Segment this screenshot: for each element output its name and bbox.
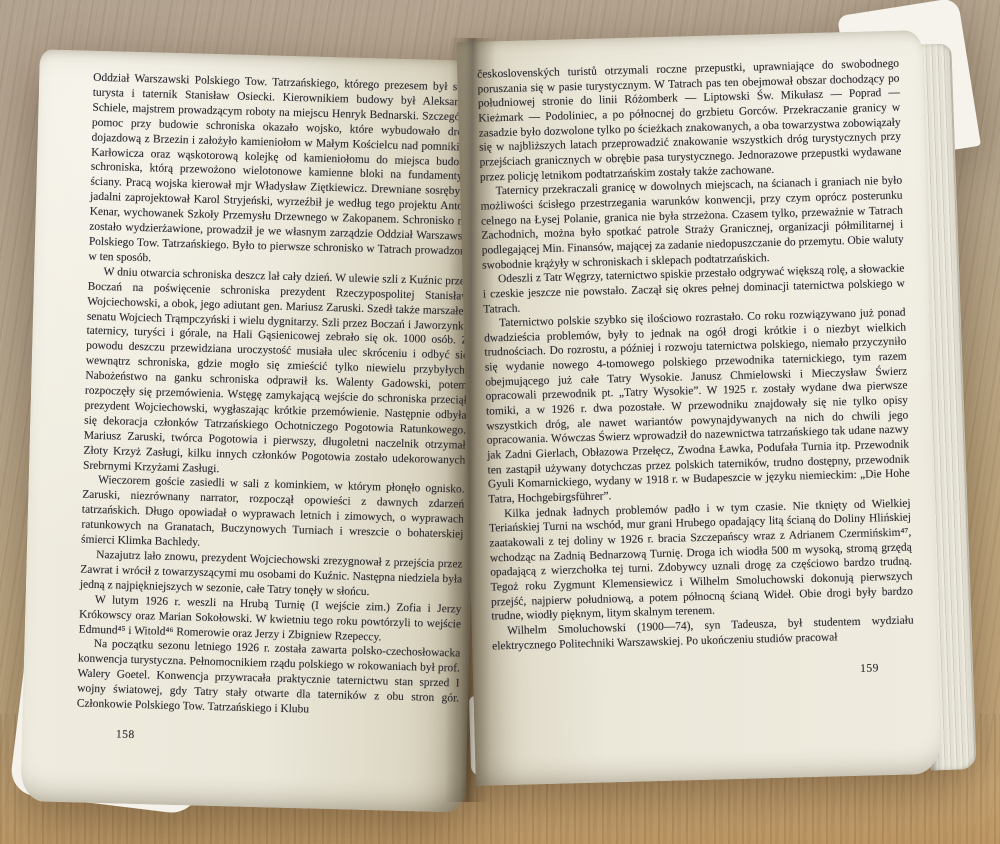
paragraph: Kilka jednak ładnych problemów padło i w… bbox=[489, 496, 914, 624]
right-page-text: československých turistů otrzymali roczn… bbox=[477, 57, 915, 687]
right-page: československých turistů otrzymali roczn… bbox=[456, 30, 941, 786]
paragraph: československých turistů otrzymali roczn… bbox=[477, 57, 902, 185]
paragraph: Taternicy przekraczali granicę w dowolny… bbox=[480, 174, 904, 273]
left-page-text: Oddział Warszawski Polskiego Tow. Tatrza… bbox=[76, 71, 475, 752]
paragraph: Na początku sezonu letniego 1926 r. zost… bbox=[77, 637, 461, 722]
paragraph: Taternictwo polskie szybko się ilościowo… bbox=[484, 306, 911, 508]
right-page-number: 159 bbox=[493, 661, 915, 687]
photo-scene: Oddział Warszawski Polskiego Tow. Tatrza… bbox=[0, 0, 1000, 844]
left-page-number: 158 bbox=[76, 726, 458, 751]
paragraph: Wieczorem goście zasiedli w sali z komin… bbox=[81, 473, 465, 558]
open-book: Oddział Warszawski Polskiego Tow. Tatrza… bbox=[0, 0, 1000, 844]
left-page: Oddział Warszawski Polskiego Tow. Tatrza… bbox=[20, 49, 485, 812]
paragraph: W dniu otwarcia schroniska deszcz lał ca… bbox=[83, 264, 470, 483]
paragraph: Oddział Warszawski Polskiego Tow. Tatrza… bbox=[88, 71, 475, 275]
